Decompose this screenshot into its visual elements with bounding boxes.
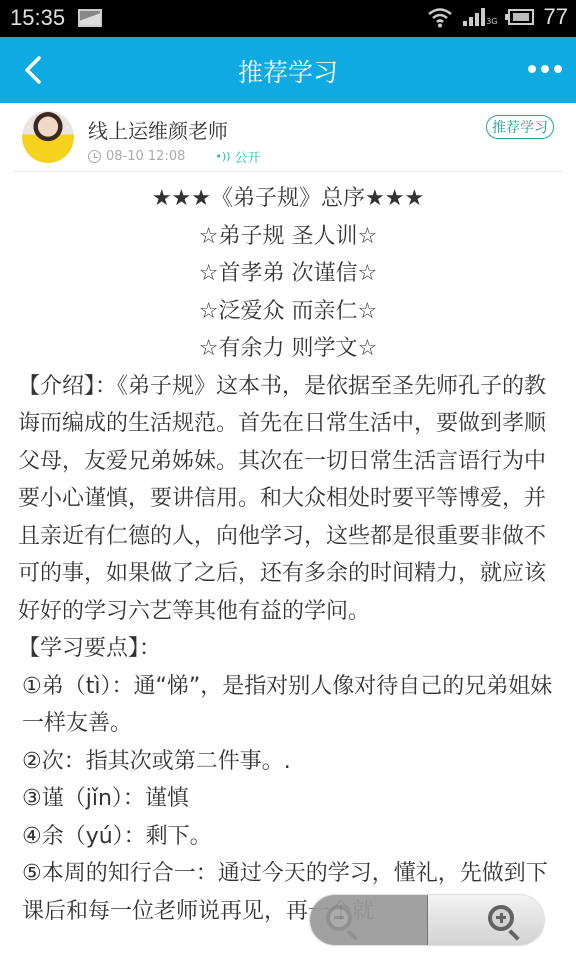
poem-title: ★★★《弟子规》总序★★★ <box>22 180 554 218</box>
poem-line: ☆有余力 则学文☆ <box>22 330 554 368</box>
visibility: •)) 公开 <box>215 147 260 166</box>
divider <box>14 171 562 172</box>
author-header: 线上运维颜老师 08-10 12:08 •)) 公开 推荐学习 <box>0 103 576 173</box>
status-time: 15:35 <box>10 5 65 31</box>
poem-line: ☆首孝弟 次谨信☆ <box>22 255 554 293</box>
article-body: ★★★《弟子规》总序★★★ ☆弟子规 圣人训☆ ☆首孝弟 次谨信☆ ☆泛爱众 而… <box>22 180 562 930</box>
point-item: ②次：指其次或第二件事。. <box>22 743 562 781</box>
point-item: ③谨（jǐn）：谨慎 <box>22 780 562 818</box>
more-options-button[interactable] <box>528 65 562 73</box>
poem-line: ☆泛爱众 而亲仁☆ <box>22 293 554 331</box>
zoom-controls <box>310 895 544 945</box>
battery-icon <box>508 9 534 25</box>
gallery-notification-icon <box>78 9 102 27</box>
app-bar: 推荐学习 <box>0 37 576 103</box>
poem-block: ★★★《弟子规》总序★★★ ☆弟子规 圣人训☆ ☆首孝弟 次谨信☆ ☆泛爱众 而… <box>22 180 554 368</box>
status-bar: 15:35 3G 77 <box>0 0 576 37</box>
zoom-in-icon <box>488 905 514 931</box>
wifi-icon <box>427 6 453 28</box>
point-item: ④余（yú）：剩下。 <box>22 818 562 856</box>
signal-icon <box>463 8 485 26</box>
battery-level: 77 <box>544 4 568 30</box>
avatar[interactable] <box>22 111 74 163</box>
author-name[interactable]: 线上运维颜老师 <box>88 115 228 144</box>
visibility-label: 公开 <box>234 147 260 166</box>
broadcast-icon: •)) <box>215 150 230 163</box>
page-title: 推荐学习 <box>0 53 576 89</box>
clock-icon <box>88 150 101 163</box>
post-datetime: 08-10 12:08 <box>106 149 185 164</box>
poem-line: ☆弟子规 圣人训☆ <box>22 218 554 256</box>
more-dot-icon <box>554 65 562 73</box>
zoom-out-button[interactable] <box>310 895 428 945</box>
network-type: 3G <box>486 17 497 26</box>
category-tag[interactable]: 推荐学习 <box>486 115 554 139</box>
status-icons: 3G 77 <box>427 4 568 30</box>
zoom-in-button[interactable] <box>428 895 545 945</box>
zoom-out-icon <box>326 905 352 931</box>
more-dot-icon <box>528 65 536 73</box>
post-meta: 08-10 12:08 •)) 公开 <box>88 147 260 166</box>
intro-paragraph: 【介绍】：《弟子规》这本书，是依据至圣先师孔子的教诲而编成的生活规范。首先在日常… <box>18 368 562 631</box>
points-heading: 【学习要点】： <box>18 630 562 668</box>
more-dot-icon <box>541 65 549 73</box>
point-item: ①弟（tì）：通“悌”，是指对别人像对待自己的兄弟姐妹一样友善。 <box>22 668 562 743</box>
